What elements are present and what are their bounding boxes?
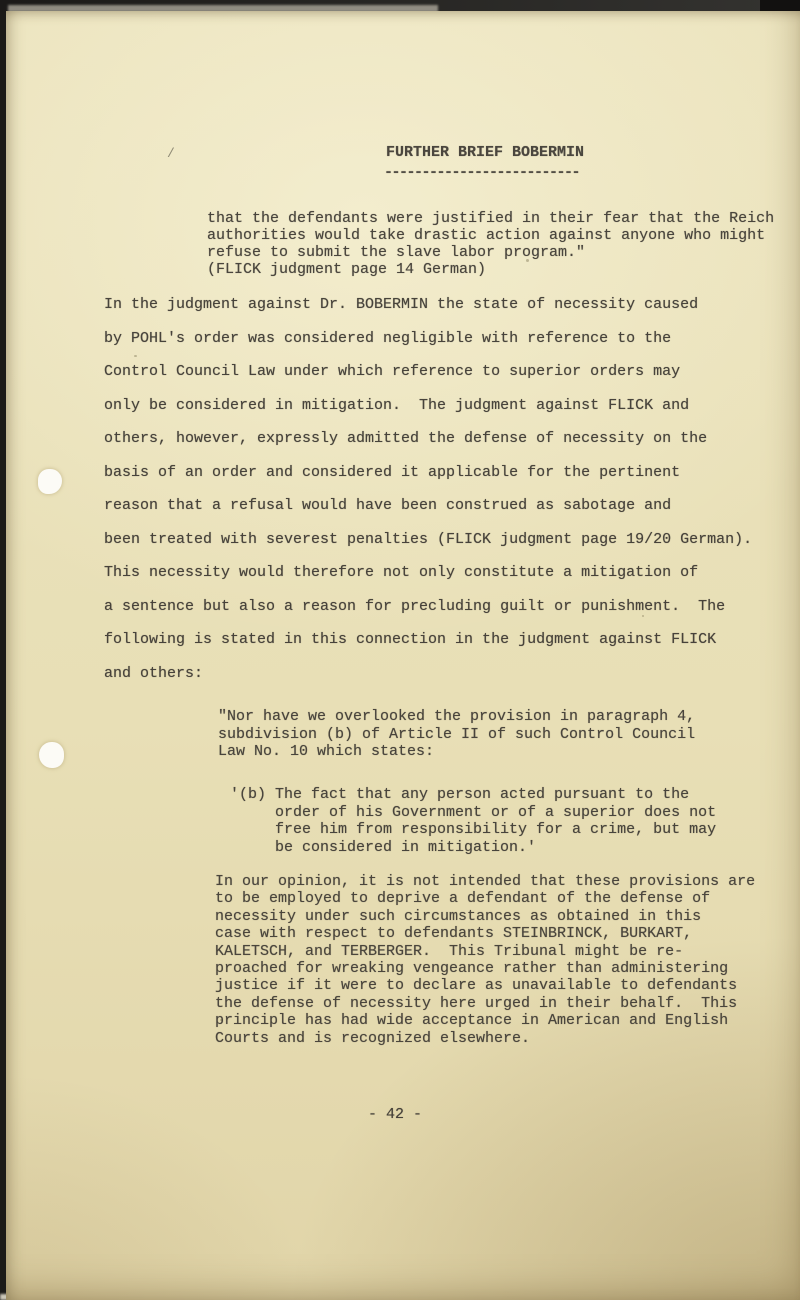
title-underline: -------------------------- <box>384 164 579 181</box>
body-paragraph: In the judgment against Dr. BOBERMIN the… <box>104 288 752 690</box>
quote-article-ii-subdivision-b: '(b) The fact that any person acted purs… <box>230 786 716 856</box>
punch-hole-bottom <box>39 742 64 768</box>
quote-control-council-law: "Nor have we overlooked the provision in… <box>218 708 695 761</box>
document-title: FURTHER BRIEF BOBERMIN <box>386 144 584 161</box>
quote-flick-judgment-fear: that the defendants were justified in th… <box>207 210 774 278</box>
stray-pen-mark: / <box>167 146 175 161</box>
scanned-document: / FURTHER BRIEF BOBERMIN ---------------… <box>0 0 800 1300</box>
quote-tribunal-opinion: In our opinion, it is not intended that … <box>215 873 755 1047</box>
punch-hole-top <box>38 469 62 494</box>
page-number: - 42 - <box>368 1106 422 1123</box>
